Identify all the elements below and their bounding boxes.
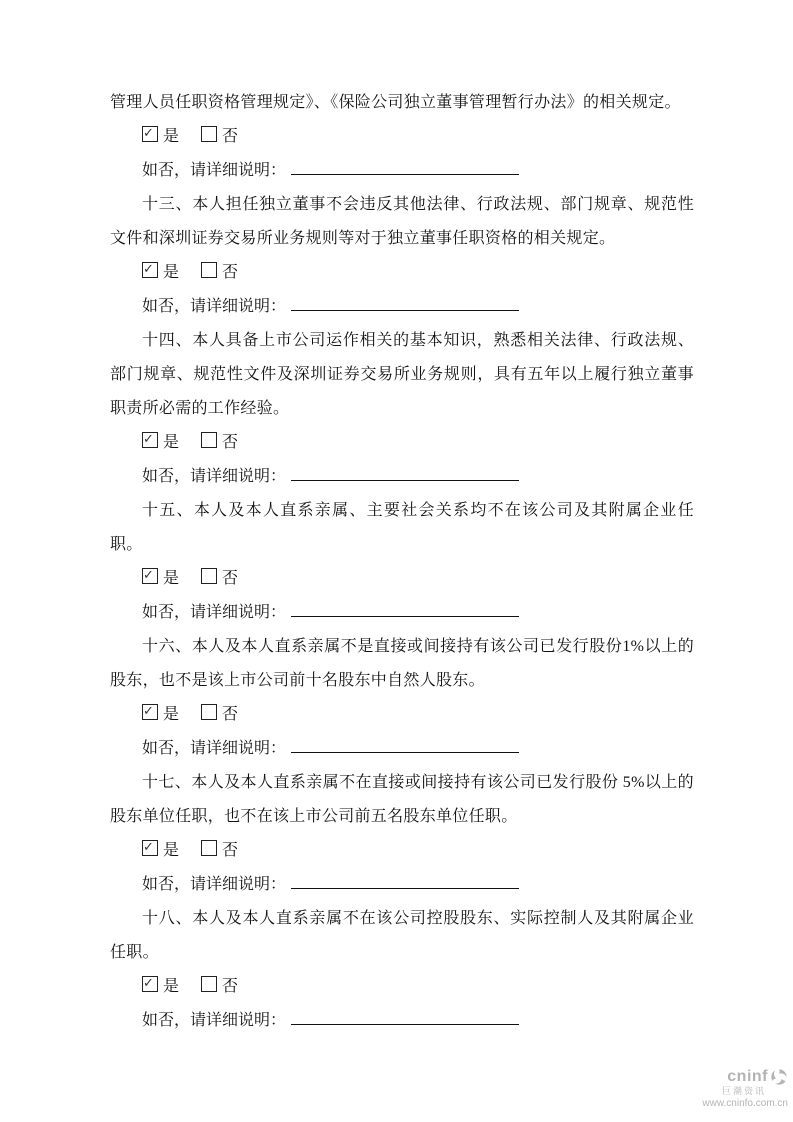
declaration-item: 十六、本人及本人直系亲属不是直接或间接持有该公司已发行股份1%以上的股东，也不是… bbox=[110, 630, 694, 766]
yes-label: 是 bbox=[163, 842, 179, 859]
answer-row: ✓是 否 bbox=[142, 970, 694, 1004]
check-icon: ✓ bbox=[143, 695, 154, 729]
item-text: 十八、本人及本人直系亲属不在该公司控股股东、实际控制人及其附属企业任职。 bbox=[110, 902, 694, 970]
no-label: 否 bbox=[222, 570, 238, 587]
checkbox-yes[interactable]: ✓ bbox=[142, 704, 158, 720]
explain-label: 如否，请详细说明： bbox=[142, 298, 286, 315]
answer-row: ✓是 否 bbox=[142, 120, 694, 154]
explain-row: 如否，请详细说明： bbox=[142, 290, 694, 324]
checkbox-no[interactable] bbox=[201, 976, 217, 992]
yes-label: 是 bbox=[163, 706, 179, 723]
no-label: 否 bbox=[222, 434, 238, 451]
check-icon: ✓ bbox=[143, 423, 154, 457]
explain-row: 如否，请详细说明： bbox=[142, 732, 694, 766]
check-icon: ✓ bbox=[143, 253, 154, 287]
answer-row: ✓是 否 bbox=[142, 426, 694, 460]
checkbox-no[interactable] bbox=[201, 704, 217, 720]
checkbox-no[interactable] bbox=[201, 432, 217, 448]
answer-row: ✓是 否 bbox=[142, 256, 694, 290]
answer-row: ✓是 否 bbox=[142, 698, 694, 732]
explain-row: 如否，请详细说明： bbox=[142, 1004, 694, 1038]
item-text: 十七、本人及本人直系亲属不在直接或间接持有该公司已发行股份 5%以上的股东单位任… bbox=[110, 766, 694, 834]
answer-row: ✓是 否 bbox=[142, 834, 694, 868]
explain-row: 如否，请详细说明： bbox=[142, 596, 694, 630]
yes-label: 是 bbox=[163, 128, 179, 145]
cninfo-swirl-icon bbox=[770, 1068, 788, 1086]
no-label: 否 bbox=[222, 978, 238, 995]
explain-blank-field[interactable] bbox=[291, 873, 519, 889]
cninfo-url: www.cninfo.com.cn bbox=[638, 1098, 788, 1109]
checkbox-yes[interactable]: ✓ bbox=[142, 432, 158, 448]
checkbox-no[interactable] bbox=[201, 126, 217, 142]
declaration-item: 十七、本人及本人直系亲属不在直接或间接持有该公司已发行股份 5%以上的股东单位任… bbox=[110, 766, 694, 902]
checkbox-no[interactable] bbox=[201, 840, 217, 856]
no-label: 否 bbox=[222, 128, 238, 145]
checkbox-yes[interactable]: ✓ bbox=[142, 976, 158, 992]
explain-row: 如否，请详细说明： bbox=[142, 868, 694, 902]
explain-label: 如否，请详细说明： bbox=[142, 468, 286, 485]
yes-label: 是 bbox=[163, 434, 179, 451]
cninfo-caption: 巨潮资讯 bbox=[638, 1087, 766, 1097]
declaration-item: 管理人员任职资格管理规定》、《保险公司独立董事管理暂行办法》的相关规定。 ✓是 … bbox=[110, 86, 694, 188]
checkbox-yes[interactable]: ✓ bbox=[142, 840, 158, 856]
item-text: 十三、本人担任独立董事不会违反其他法律、行政法规、部门规章、规范性文件和深圳证券… bbox=[110, 188, 694, 256]
declaration-item: 十三、本人担任独立董事不会违反其他法律、行政法规、部门规章、规范性文件和深圳证券… bbox=[110, 188, 694, 324]
explain-label: 如否，请详细说明： bbox=[142, 604, 286, 621]
item-text: 十六、本人及本人直系亲属不是直接或间接持有该公司已发行股份1%以上的股东，也不是… bbox=[110, 630, 694, 698]
declaration-item: 十八、本人及本人直系亲属不在该公司控股股东、实际控制人及其附属企业任职。 ✓是 … bbox=[110, 902, 694, 1038]
explain-row: 如否，请详细说明： bbox=[142, 154, 694, 188]
check-icon: ✓ bbox=[143, 831, 154, 865]
item-text: 十四、本人具备上市公司运作相关的基本知识，熟悉相关法律、行政法规、部门规章、规范… bbox=[110, 324, 694, 426]
check-icon: ✓ bbox=[143, 967, 154, 1001]
no-label: 否 bbox=[222, 706, 238, 723]
explain-label: 如否，请详细说明： bbox=[142, 1012, 286, 1029]
explain-blank-field[interactable] bbox=[291, 295, 519, 311]
yes-label: 是 bbox=[163, 978, 179, 995]
no-label: 否 bbox=[222, 842, 238, 859]
answer-row: ✓是 否 bbox=[142, 562, 694, 596]
item-text: 管理人员任职资格管理规定》、《保险公司独立董事管理暂行办法》的相关规定。 bbox=[110, 86, 694, 120]
yes-label: 是 bbox=[163, 570, 179, 587]
explain-label: 如否，请详细说明： bbox=[142, 876, 286, 893]
item-text: 十五、本人及本人直系亲属、主要社会关系均不在该公司及其附属企业任职。 bbox=[110, 494, 694, 562]
explain-label: 如否，请详细说明： bbox=[142, 740, 286, 757]
explain-blank-field[interactable] bbox=[291, 601, 519, 617]
declaration-item: 十五、本人及本人直系亲属、主要社会关系均不在该公司及其附属企业任职。 ✓是 否 … bbox=[110, 494, 694, 630]
cninfo-logo-text: cninf bbox=[727, 1068, 768, 1086]
no-label: 否 bbox=[222, 264, 238, 281]
checkbox-no[interactable] bbox=[201, 262, 217, 278]
explain-row: 如否，请详细说明： bbox=[142, 460, 694, 494]
checkbox-yes[interactable]: ✓ bbox=[142, 262, 158, 278]
explain-label: 如否，请详细说明： bbox=[142, 162, 286, 179]
explain-blank-field[interactable] bbox=[291, 737, 519, 753]
checkbox-yes[interactable]: ✓ bbox=[142, 568, 158, 584]
explain-blank-field[interactable] bbox=[291, 159, 519, 175]
explain-blank-field[interactable] bbox=[291, 1009, 519, 1025]
checkbox-no[interactable] bbox=[201, 568, 217, 584]
cninfo-watermark: cninf 巨潮资讯 www.cninfo.com.cn bbox=[638, 1068, 788, 1109]
checkbox-yes[interactable]: ✓ bbox=[142, 126, 158, 142]
declaration-item: 十四、本人具备上市公司运作相关的基本知识，熟悉相关法律、行政法规、部门规章、规范… bbox=[110, 324, 694, 494]
document-body: 管理人员任职资格管理规定》、《保险公司独立董事管理暂行办法》的相关规定。 ✓是 … bbox=[110, 86, 694, 1038]
check-icon: ✓ bbox=[143, 117, 154, 151]
yes-label: 是 bbox=[163, 264, 179, 281]
explain-blank-field[interactable] bbox=[291, 465, 519, 481]
check-icon: ✓ bbox=[143, 559, 154, 593]
